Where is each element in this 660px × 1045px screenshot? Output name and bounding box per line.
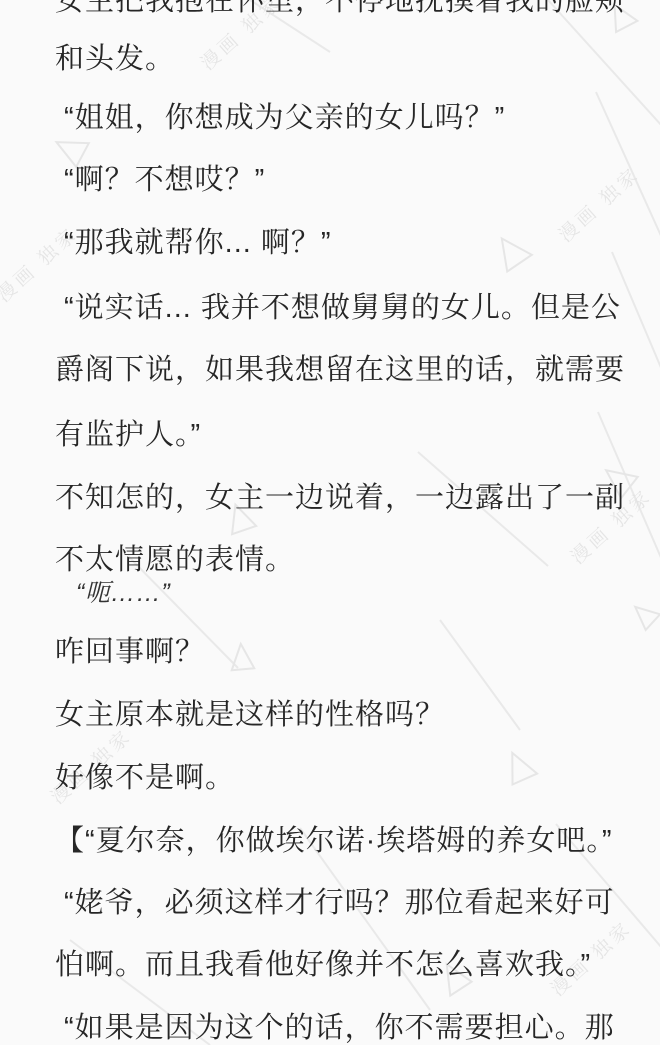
arrow-icon xyxy=(497,238,533,274)
arrow-icon xyxy=(635,604,660,630)
text-line: 怕啊。而且我看他好像并不怎么喜欢我。” xyxy=(55,948,591,984)
text-line: “说实话... 我并不想做舅舅的女儿。但是公 xyxy=(64,291,621,327)
text-line: 咋回事啊？ xyxy=(55,635,205,671)
text-line: 不知怎的，女主一边说着，一边露出了一副 xyxy=(55,481,625,517)
text-line: “姐姐，你想成为父亲的女儿吗？” xyxy=(64,101,505,137)
text-line: 女主把我抱在怀里，不停地抚摸着我的脸颊 xyxy=(55,0,625,20)
text-line-aside: “呃……” xyxy=(76,576,170,612)
text-line: 爵阁下说，如果我想留在这里的话，就需要 xyxy=(55,353,625,389)
text-line: 好像不是啊。 xyxy=(55,761,235,797)
text-line: 女主原本就是这样的性格吗？ xyxy=(55,698,445,734)
text-line: “那我就帮你... 啊？” xyxy=(64,226,332,262)
text-line: 和头发。 xyxy=(55,42,175,78)
text-line: 有监护人。” xyxy=(55,418,201,454)
text-line: “如果是因为这个的话，你不需要担心。那 xyxy=(64,1011,615,1045)
arrow-icon xyxy=(224,644,261,681)
arrow-icon xyxy=(503,753,541,791)
text-line: 【“夏尔奈，你做埃尔诺·埃塔姆的养女吧。” xyxy=(55,824,612,860)
text-line: “啊？不想哎？” xyxy=(64,163,265,199)
watermark-text: 漫画 独家 xyxy=(552,160,645,248)
novel-page: 漫画 独家 漫画 独家 漫画 独家 漫画 独家 漫画 独家 漫画 独家 女主把我… xyxy=(0,0,660,1045)
text-line: 不太情愿的表情。 xyxy=(55,543,295,579)
text-line: “姥爷，必须这样才行吗？那位看起来好可 xyxy=(64,886,615,922)
